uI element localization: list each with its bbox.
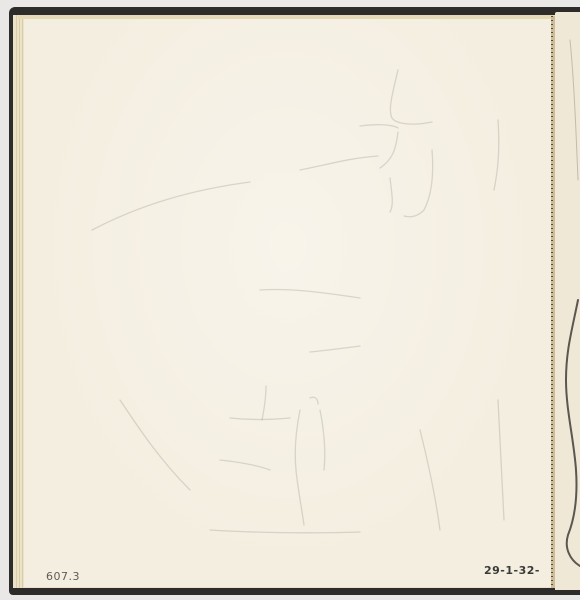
- perforation-line: [551, 16, 555, 588]
- catalog-number: 607.3: [46, 570, 80, 583]
- page-edge: [19, 15, 20, 588]
- adjacent-page: [555, 12, 580, 590]
- sketch-page: [24, 19, 552, 587]
- page-edge: [22, 15, 23, 588]
- date-inscription: 29-1-32-: [484, 564, 540, 577]
- page-edge: [16, 15, 17, 588]
